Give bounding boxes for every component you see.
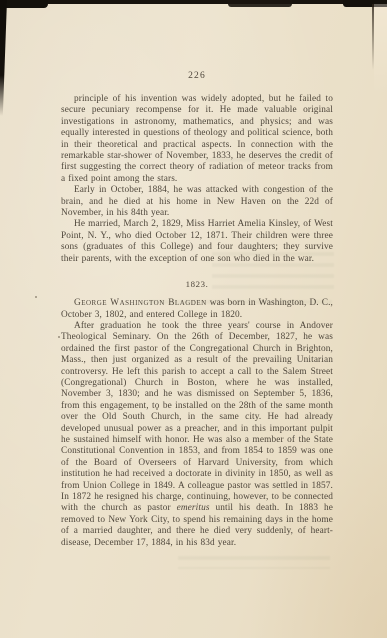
scan-edge-left — [0, 0, 7, 116]
paper-speck — [35, 296, 37, 298]
person-name: George Washington Blagden — [74, 298, 207, 308]
paragraph-invention-legacy: principle of his invention was widely ad… — [61, 94, 333, 185]
emeritus-italic: emeritus — [177, 503, 210, 513]
page-content: 226 principle of his invention was widel… — [61, 71, 333, 549]
show-through-text — [178, 556, 330, 569]
section-heading-year: 1823. — [61, 279, 333, 289]
scan-edge-top — [0, 0, 387, 4]
next-page-edge — [374, 4, 387, 94]
scan-edge-top-blotch — [228, 0, 292, 7]
paper-speck — [58, 336, 60, 338]
paragraph-blagden-career: After graduation he took the three years… — [61, 321, 333, 549]
page-number: 226 — [61, 71, 333, 81]
paragraph-blagden-intro: George Washington Blagden was born in Wa… — [61, 298, 333, 321]
paragraph-marriage-family: He married, March 2, 1829, Miss Harriet … — [61, 219, 333, 265]
book-page-scan: 226 principle of his invention was widel… — [0, 0, 387, 638]
paragraph-illness-death: Early in October, 1884, he was attacked … — [61, 185, 333, 219]
paragraph-text: After graduation he took the three years… — [61, 321, 333, 514]
scan-edge-top-left — [0, 0, 48, 8]
